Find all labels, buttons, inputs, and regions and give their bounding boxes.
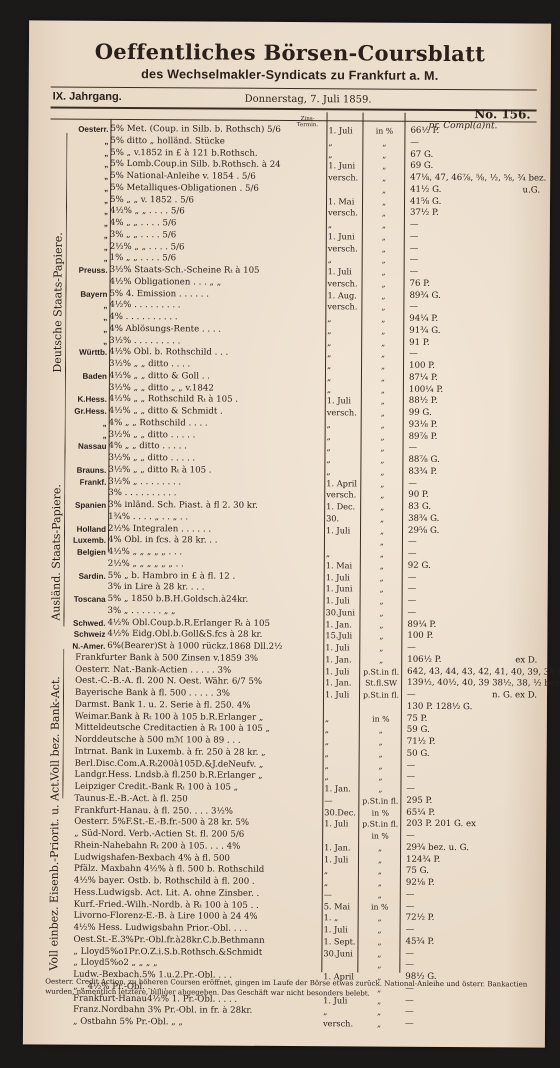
price-cell: — xyxy=(407,690,416,702)
unit-cell: „ xyxy=(362,466,402,478)
price-cell: — xyxy=(409,349,418,361)
zins-termin-cell: „ xyxy=(328,254,364,266)
unit-cell: „ xyxy=(362,584,402,596)
price-cell: — xyxy=(410,255,419,267)
price-cell: 75 G. xyxy=(406,866,429,878)
unit-cell: „ xyxy=(364,243,404,255)
state-cell: „ xyxy=(63,335,107,347)
price-cell: 41½ G. xyxy=(410,184,441,196)
zins-termin-cell: 1. Juni xyxy=(326,583,362,595)
unit-cell: „ xyxy=(363,278,403,290)
price-cell: 88½ P. xyxy=(409,396,438,408)
zins-termin-cell: „ xyxy=(324,771,360,783)
zins-termin-cell: 1. Juli xyxy=(325,642,361,654)
unit-cell: „ xyxy=(361,760,401,772)
zins-termin-cell: „ xyxy=(327,348,363,360)
zins-termin-cell: 1. Juli xyxy=(328,266,364,278)
price-cell: 100 P. xyxy=(407,631,433,643)
zins-termin-cell: — xyxy=(324,795,360,807)
unit-cell: „ xyxy=(363,337,403,349)
price-cell: — xyxy=(408,549,417,561)
unit-cell: „ xyxy=(363,302,403,314)
price-cell: 69 G. xyxy=(410,161,433,173)
price-cell: 47⅛, 47, 46⅞, ⅝, ½, ⅝, ¾ bez. xyxy=(410,173,546,186)
unit-cell: „ xyxy=(359,936,399,948)
unit-cell: p.St.in fl. xyxy=(361,689,401,701)
unit-cell: „ xyxy=(362,548,402,560)
state-cell: „ xyxy=(64,147,108,159)
price-cell: 83¾ P. xyxy=(408,466,437,478)
zins-termin-cell: 1. Juni xyxy=(328,231,364,243)
state-cell: „ xyxy=(64,159,108,171)
price-cell: 130 P. 128½ G. xyxy=(407,701,472,713)
zins-termin-cell: „ xyxy=(326,454,362,466)
zins-termin-cell: 1. Mai xyxy=(326,560,362,572)
zins-termin-cell: „ xyxy=(325,713,361,725)
price-cell: — xyxy=(408,537,417,549)
state-cell: „ xyxy=(63,417,107,429)
price-cell: — xyxy=(408,596,417,608)
unit-cell: „ xyxy=(364,184,404,196)
zins-termin-cell: 1. Juli xyxy=(326,525,362,537)
unit-cell: „ xyxy=(363,384,403,396)
state-cell: Sardin. xyxy=(62,570,106,582)
state-cell: „ xyxy=(64,135,108,147)
price-cell: 45¾ P. xyxy=(405,936,434,948)
price-cell: 106½ P. xyxy=(407,654,441,666)
issue-date: Donnerstag, 7. Juli 1859. xyxy=(245,94,372,106)
unit-cell: „ xyxy=(364,137,404,149)
unit-cell: „ xyxy=(361,619,401,631)
zins-termin-cell: versch. xyxy=(327,278,363,290)
zins-termin-cell: „ xyxy=(326,442,362,454)
zins-termin-cell: 1. Dec. xyxy=(326,501,362,513)
unit-cell: „ xyxy=(360,854,400,866)
price-cell: — xyxy=(409,302,418,314)
price-cell: 94¼ P. xyxy=(409,314,438,326)
unit-cell: „ xyxy=(363,349,403,361)
unit-cell: „ xyxy=(364,255,404,267)
price-cell: 90 P. xyxy=(408,490,429,502)
unit-cell: „ xyxy=(362,537,402,549)
price-cell: — xyxy=(405,960,414,972)
unit-cell: „ xyxy=(359,1007,399,1019)
state-cell: „ xyxy=(64,194,108,206)
price-cell: 50 G. xyxy=(407,748,430,760)
price-cell: 37½ P. xyxy=(410,208,439,220)
unit-cell: „ xyxy=(363,290,403,302)
unit-cell: „ xyxy=(364,266,404,278)
price-cell: 38¾ G. xyxy=(408,513,439,525)
remark-cell: ex D. xyxy=(515,655,537,667)
unit-cell: „ xyxy=(363,325,403,337)
price-cell: 92⅛ P. xyxy=(406,878,435,890)
unit-cell: „ xyxy=(363,396,403,408)
zins-termin-cell: 1. „ xyxy=(324,912,360,924)
price-cell: 100 P. xyxy=(409,361,435,373)
unit-cell: in % xyxy=(361,713,401,725)
description-cell: „ Ostbahn 5% Pr.-Obl. „ „ xyxy=(73,1017,323,1030)
unit-cell: „ xyxy=(360,877,400,889)
unit-cell: „ xyxy=(362,443,402,455)
unit-cell: „ xyxy=(362,595,402,607)
header-rule-thick xyxy=(51,107,537,112)
zins-termin-cell: „ xyxy=(326,466,362,478)
price-cell: — xyxy=(407,607,416,619)
price-cell: 83 G. xyxy=(408,502,431,514)
unit-cell: „ xyxy=(361,654,401,666)
zins-termin-cell: „ xyxy=(323,1006,359,1018)
zins-termin-cell: 1. Jan. xyxy=(324,783,360,795)
issue-number: No. 156. xyxy=(474,107,530,121)
price-cell: 76 P. xyxy=(409,278,430,290)
header-rule xyxy=(51,87,537,91)
unit-cell: „ xyxy=(364,149,404,161)
zins-termin-cell: versch. xyxy=(323,1018,359,1030)
zins-termin-cell: — xyxy=(324,889,360,901)
state-cell: Baden xyxy=(63,370,107,382)
zins-termin-cell: 1. Juli xyxy=(324,924,360,936)
unit-cell: „ xyxy=(360,924,400,936)
remark-cell: u.G. xyxy=(523,185,541,197)
price-cell: 89⅞ P. xyxy=(409,431,438,443)
state-cell: „ xyxy=(64,218,108,230)
state-cell: Nassau xyxy=(62,441,106,453)
price-cell: 72½ P. xyxy=(406,913,435,925)
unit-cell: „ xyxy=(362,501,402,513)
state-cell: K.Hess. xyxy=(63,394,107,406)
state-cell: Württb. xyxy=(63,347,107,359)
zins-termin-cell: 1. April xyxy=(326,478,362,490)
zins-termin-cell: 1. Juli xyxy=(326,595,362,607)
unit-cell: in % xyxy=(360,830,400,842)
zins-termin-cell: „ xyxy=(325,724,361,736)
price-cell: 295 P. xyxy=(406,795,432,807)
zins-termin-cell: 1. Juli xyxy=(327,395,363,407)
price-cell: — xyxy=(405,1019,414,1031)
price-cell: 92 G. xyxy=(408,560,431,572)
volume-label: IX. Jahrgang. xyxy=(53,91,122,103)
unit-cell: „ xyxy=(361,748,401,760)
table-row: „ Ostbahn 5% Pr.-Obl. „ „versch.„— xyxy=(59,1017,539,1032)
price-cell: — xyxy=(406,901,415,913)
zins-termin-cell: 1. Jan. xyxy=(325,619,361,631)
price-cell: 99 G. xyxy=(409,408,432,420)
unit-cell: „ xyxy=(363,313,403,325)
unit-cell: „ xyxy=(363,372,403,384)
unit-cell: „ xyxy=(364,172,404,184)
unit-cell: „ xyxy=(362,572,402,584)
unit-cell: „ xyxy=(364,219,404,231)
zins-termin-cell: „ xyxy=(325,736,361,748)
state-cell: „ xyxy=(63,312,107,324)
zins-termin-cell: 1. Juli xyxy=(328,125,364,137)
price-cell: — xyxy=(407,643,416,655)
state-cell: Brauns. xyxy=(62,464,106,476)
unit-cell: „ xyxy=(359,1018,399,1030)
zins-termin-cell: 1. Juli xyxy=(326,572,362,584)
price-cell: — xyxy=(410,231,419,243)
price-cell: 71½ P. xyxy=(407,737,436,749)
unit-cell: „ xyxy=(359,960,399,972)
unit-cell: „ xyxy=(362,478,402,490)
price-cell: 88⅞ G. xyxy=(408,455,439,467)
zins-termin-cell: „ xyxy=(327,372,363,384)
state-cell: Holland xyxy=(62,523,106,535)
zins-termin-cell: „ xyxy=(327,325,363,337)
zins-termin-cell: „ xyxy=(327,384,363,396)
unit-cell: „ xyxy=(360,913,400,925)
zins-termin-cell: „ xyxy=(328,219,364,231)
unit-cell: „ xyxy=(362,560,402,572)
unit-cell: „ xyxy=(363,360,403,372)
zins-termin-cell: 1. Mai xyxy=(328,196,364,208)
zins-termin-cell: „ xyxy=(327,337,363,349)
zins-termin-cell: versch. xyxy=(326,489,362,501)
price-cell: — xyxy=(410,243,419,255)
state-cell: „ xyxy=(64,229,108,241)
zins-termin-cell: 1. Jan. xyxy=(325,654,361,666)
zins-termin-cell: 1. Juni xyxy=(328,160,364,172)
unit-cell: in % xyxy=(360,901,400,913)
price-cell: 59 G. xyxy=(407,725,430,737)
unit-cell: „ xyxy=(361,725,401,737)
price-cell: 89¾ G. xyxy=(409,290,440,302)
unit-cell: „ xyxy=(361,642,401,654)
zins-termin-cell: versch. xyxy=(327,407,363,419)
state-cell: Spanien xyxy=(62,500,106,512)
zins-termin-cell: 30. xyxy=(326,513,362,525)
price-cell: — xyxy=(406,925,415,937)
unit-cell: p.St.in fl. xyxy=(360,795,400,807)
market-report: Oesterr. Credit Action, zu höheren Cours… xyxy=(45,977,527,1000)
state-cell: Schweiz xyxy=(61,629,105,641)
state-cell: „ xyxy=(63,429,107,441)
state-cell: Gr.Hess. xyxy=(63,406,107,418)
unit-cell: „ xyxy=(361,736,401,748)
zins-termin-cell: „ xyxy=(324,865,360,877)
unit-cell: in % xyxy=(360,807,400,819)
price-cell: 75 P. xyxy=(407,713,428,725)
masthead-title: Oeffentliches Börsen-Coursblatt xyxy=(29,38,551,66)
price-cell: — xyxy=(408,584,417,596)
unit-cell: „ xyxy=(363,419,403,431)
unit-cell: „ xyxy=(363,431,403,443)
state-cell: Oesterr. xyxy=(64,124,108,136)
price-cell: 100¼ P. xyxy=(409,384,443,396)
state-cell: Preuss. xyxy=(64,265,108,277)
unit-cell: „ xyxy=(360,772,400,784)
unit-cell: „ xyxy=(360,842,400,854)
zins-termin-cell: 30.Juni xyxy=(323,948,359,960)
state-cell: „ xyxy=(63,300,107,312)
unit-cell: „ xyxy=(360,866,400,878)
price-cell: 29¾ bez. u. G. xyxy=(406,842,469,854)
state-cell: Luxemb. xyxy=(62,535,106,547)
zins-termin-cell: 15.Juli xyxy=(325,630,361,642)
zins-termin-cell: „ xyxy=(324,877,360,889)
price-cell: 91¾ G. xyxy=(409,325,440,337)
state-cell: „ xyxy=(64,241,108,253)
zins-termin-cell: 1. Jan. xyxy=(325,677,361,689)
zins-termin-cell: „ xyxy=(326,548,362,560)
remark-cell: n. G. ex D. xyxy=(492,690,537,702)
price-cell: — xyxy=(407,760,416,772)
coursblatt-sheet: Oeffentliches Börsen-Coursblatt des Wech… xyxy=(23,20,551,1047)
unit-cell: „ xyxy=(363,407,403,419)
quote-table: Oesterr.5% Met. (Coup. in Silb. b. Roths… xyxy=(59,124,545,1032)
price-cell: — xyxy=(410,137,419,149)
price-cell: — xyxy=(408,443,417,455)
unit-cell: „ xyxy=(362,525,402,537)
unit-cell: „ xyxy=(360,889,400,901)
zins-termin-cell: 30.Juni xyxy=(325,607,361,619)
zins-termin-cell: „ xyxy=(325,748,361,760)
unit-cell: „ xyxy=(361,607,401,619)
price-cell: 87¼ P. xyxy=(409,372,438,384)
unit-cell: „ xyxy=(364,196,404,208)
zins-termin-cell: 1. Sept. xyxy=(323,936,359,948)
unit-cell: „ xyxy=(362,490,402,502)
state-cell: „ xyxy=(64,253,108,265)
unit-cell: „ xyxy=(362,454,402,466)
zins-termin-cell: 1. Juli xyxy=(324,818,360,830)
zins-termin-cell: 1. Juli xyxy=(324,854,360,866)
unit-cell: p.St.in fl. xyxy=(360,819,400,831)
zins-termin-cell: 30.Dec. xyxy=(324,807,360,819)
price-cell: — xyxy=(406,772,415,784)
price-cell: — xyxy=(410,220,419,232)
state-cell: „ xyxy=(64,171,108,183)
price-cell: — xyxy=(408,478,417,490)
unit-cell: St.fl.SW xyxy=(361,678,401,690)
state-cell: N.-Amer. xyxy=(61,641,105,653)
state-cell: „ xyxy=(64,206,108,218)
price-cell: — xyxy=(406,889,415,901)
unit-cell: in % xyxy=(364,125,404,137)
zins-termin-cell: „ xyxy=(327,313,363,325)
price-cell: 124¾ P. xyxy=(406,854,440,866)
state-cell: „ xyxy=(63,323,107,335)
zins-termin-cell: „ xyxy=(327,360,363,372)
zins-termin-cell: „ xyxy=(328,137,364,149)
price-cell: — xyxy=(405,1007,414,1019)
unit-cell: „ xyxy=(364,161,404,173)
price-cell: — xyxy=(405,948,414,960)
unit-cell: p.St.in fl. xyxy=(361,666,401,678)
price-cell: 67 G. xyxy=(410,149,433,161)
zins-termin-cell: versch. xyxy=(328,172,364,184)
zins-termin-cell: 1. Juli xyxy=(325,689,361,701)
price-cell: 66½ P. xyxy=(410,126,439,138)
state-cell: Bayern xyxy=(63,288,107,300)
state-cell: Frankf. xyxy=(62,476,106,488)
unit-cell: „ xyxy=(360,783,400,795)
unit-cell: „ xyxy=(364,208,404,220)
state-cell: „ xyxy=(64,182,108,194)
price-cell: 91 P. xyxy=(409,337,430,349)
price-cell: 41⅝ G. xyxy=(410,196,441,208)
unit-cell: „ xyxy=(361,631,401,643)
zins-termin-cell: versch. xyxy=(328,207,364,219)
unit-cell: „ xyxy=(362,513,402,525)
zins-termin-cell: 1. Aug. xyxy=(327,290,363,302)
masthead-subtitle: des Wechselmakler-Syndicats zu Frankfurt… xyxy=(29,66,551,83)
price-cell: 89¼ P. xyxy=(407,619,436,631)
price-cell: — xyxy=(406,784,415,796)
price-cell: 93⅛ P. xyxy=(409,419,438,431)
zins-termin-cell: versch. xyxy=(327,301,363,313)
state-cell: Schwed. xyxy=(61,617,105,629)
zins-termin-cell: 1. Juli xyxy=(325,666,361,678)
zins-termin-cell: „ xyxy=(328,149,364,161)
unit-cell: „ xyxy=(359,948,399,960)
unit-cell: „ xyxy=(364,231,404,243)
state-cell: Toscana xyxy=(62,594,106,606)
price-cell: 65¼ P. xyxy=(406,807,435,819)
zins-termin-cell: 1. Jan. xyxy=(324,842,360,854)
zins-termin-cell: versch. xyxy=(328,243,364,255)
zins-termin-cell: „ xyxy=(325,760,361,772)
price-cell: 139½, 40½, 40, 39 38½, 38, ½ bez. xyxy=(407,678,560,691)
price-cell: 29⅝ G. xyxy=(408,525,439,537)
zins-termin-cell: „ xyxy=(327,419,363,431)
zins-termin-cell: 5. Mai xyxy=(324,901,360,913)
state-cell: Belgien xyxy=(62,547,106,559)
price-cell: — xyxy=(406,831,415,843)
price-cell: — xyxy=(408,572,417,584)
price-cell: — xyxy=(410,267,419,279)
zins-termin-cell: „ xyxy=(327,431,363,443)
price-cell: 203 P. 201 G. ex xyxy=(406,819,476,831)
